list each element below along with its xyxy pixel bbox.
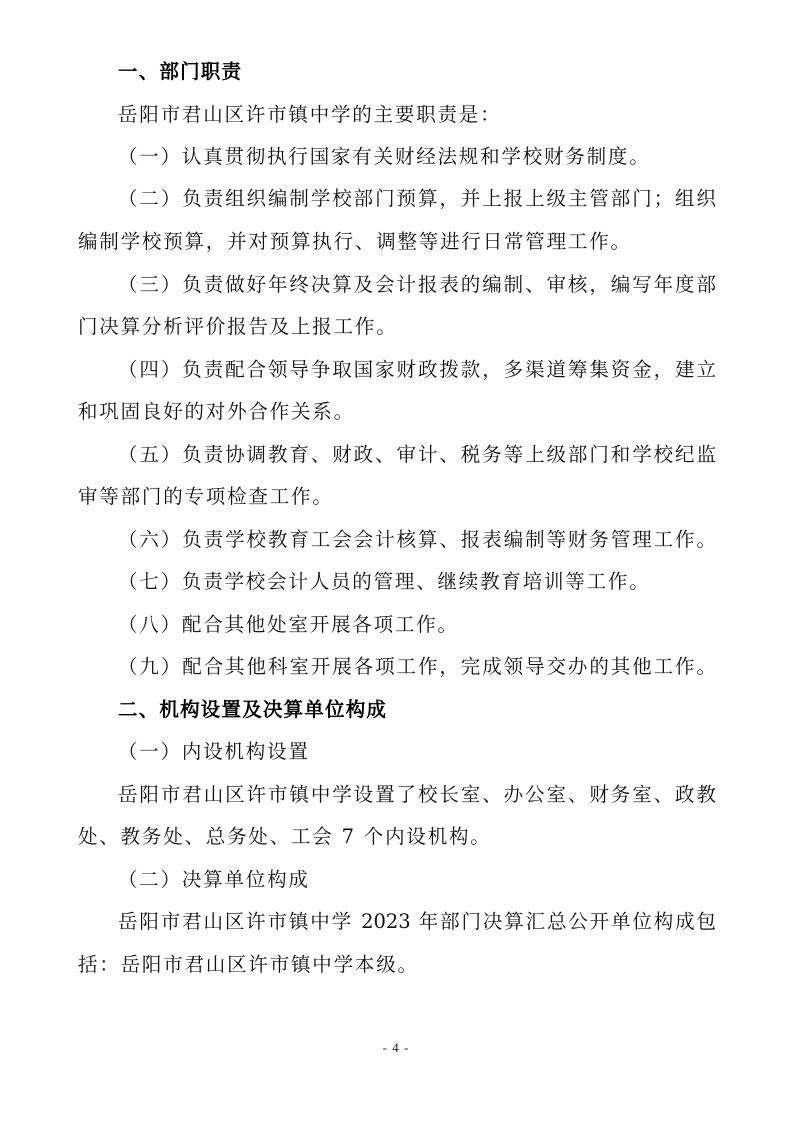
duty-item-1: （一）认真贯彻执行国家有关财经法规和学校财务制度。 (118, 144, 651, 170)
duty-item-6: （六）负责学校教育工会会计核算、报表编制等财务管理工作。 (118, 527, 716, 553)
duty-item-2-line-2: 编制学校预算，并对预算执行、调整等进行日常管理工作。 (78, 229, 632, 255)
subsection-title-internal-structure: （一）内设机构设置 (118, 739, 310, 765)
document-page: 一、部门职责 岳阳市君山区许市镇中学的主要职责是： （一）认真贯彻执行国家有关财… (0, 0, 793, 1122)
duty-item-9: （九）配合其他科室开展各项工作，完成领导交办的其他工作。 (118, 654, 716, 680)
duty-item-5-line-1: （五）负责协调教育、财政、审计、税务等上级部门和学校纪监 (118, 442, 716, 468)
duty-item-7: （七）负责学校会计人员的管理、继续教育培训等工作。 (118, 569, 651, 595)
internal-structure-line-1: 岳阳市君山区许市镇中学设置了校长室、办公室、财务室、政教 (118, 782, 716, 808)
duty-item-4-line-2: 和巩固良好的对外合作关系。 (78, 399, 355, 425)
section-heading-organization: 二、机构设置及决算单位构成 (118, 697, 387, 723)
page-number: - 4 - (346, 1040, 446, 1056)
subsection-title-budget-units: （二）决算单位构成 (118, 867, 310, 893)
duty-item-8: （八）配合其他处室开展各项工作。 (118, 612, 459, 638)
duty-item-4-line-1: （四）负责配合领导争取国家财政拨款，多渠道筹集资金，建立 (118, 357, 716, 383)
budget-units-line-1: 岳阳市君山区许市镇中学 2023 年部门决算汇总公开单位构成包 (118, 909, 716, 935)
duty-item-3-line-1: （三）负责做好年终决算及会计报表的编制、审核，编写年度部 (118, 272, 716, 298)
duty-item-2-line-1: （二）负责组织编制学校部门预算，并上报上级主管部门；组织 (118, 186, 716, 212)
budget-units-line-2: 括：岳阳市君山区许市镇中学本级。 (78, 952, 419, 978)
duty-item-5-line-2: 审等部门的专项检查工作。 (78, 484, 334, 510)
internal-structure-line-2: 处、教务处、总务处、工会 7 个内设机构。 (78, 824, 492, 850)
duties-intro: 岳阳市君山区许市镇中学的主要职责是： (118, 102, 501, 128)
duty-item-3-line-2: 门决算分析评价报告及上报工作。 (78, 314, 398, 340)
section-heading-department-duties: 一、部门职责 (118, 59, 242, 85)
